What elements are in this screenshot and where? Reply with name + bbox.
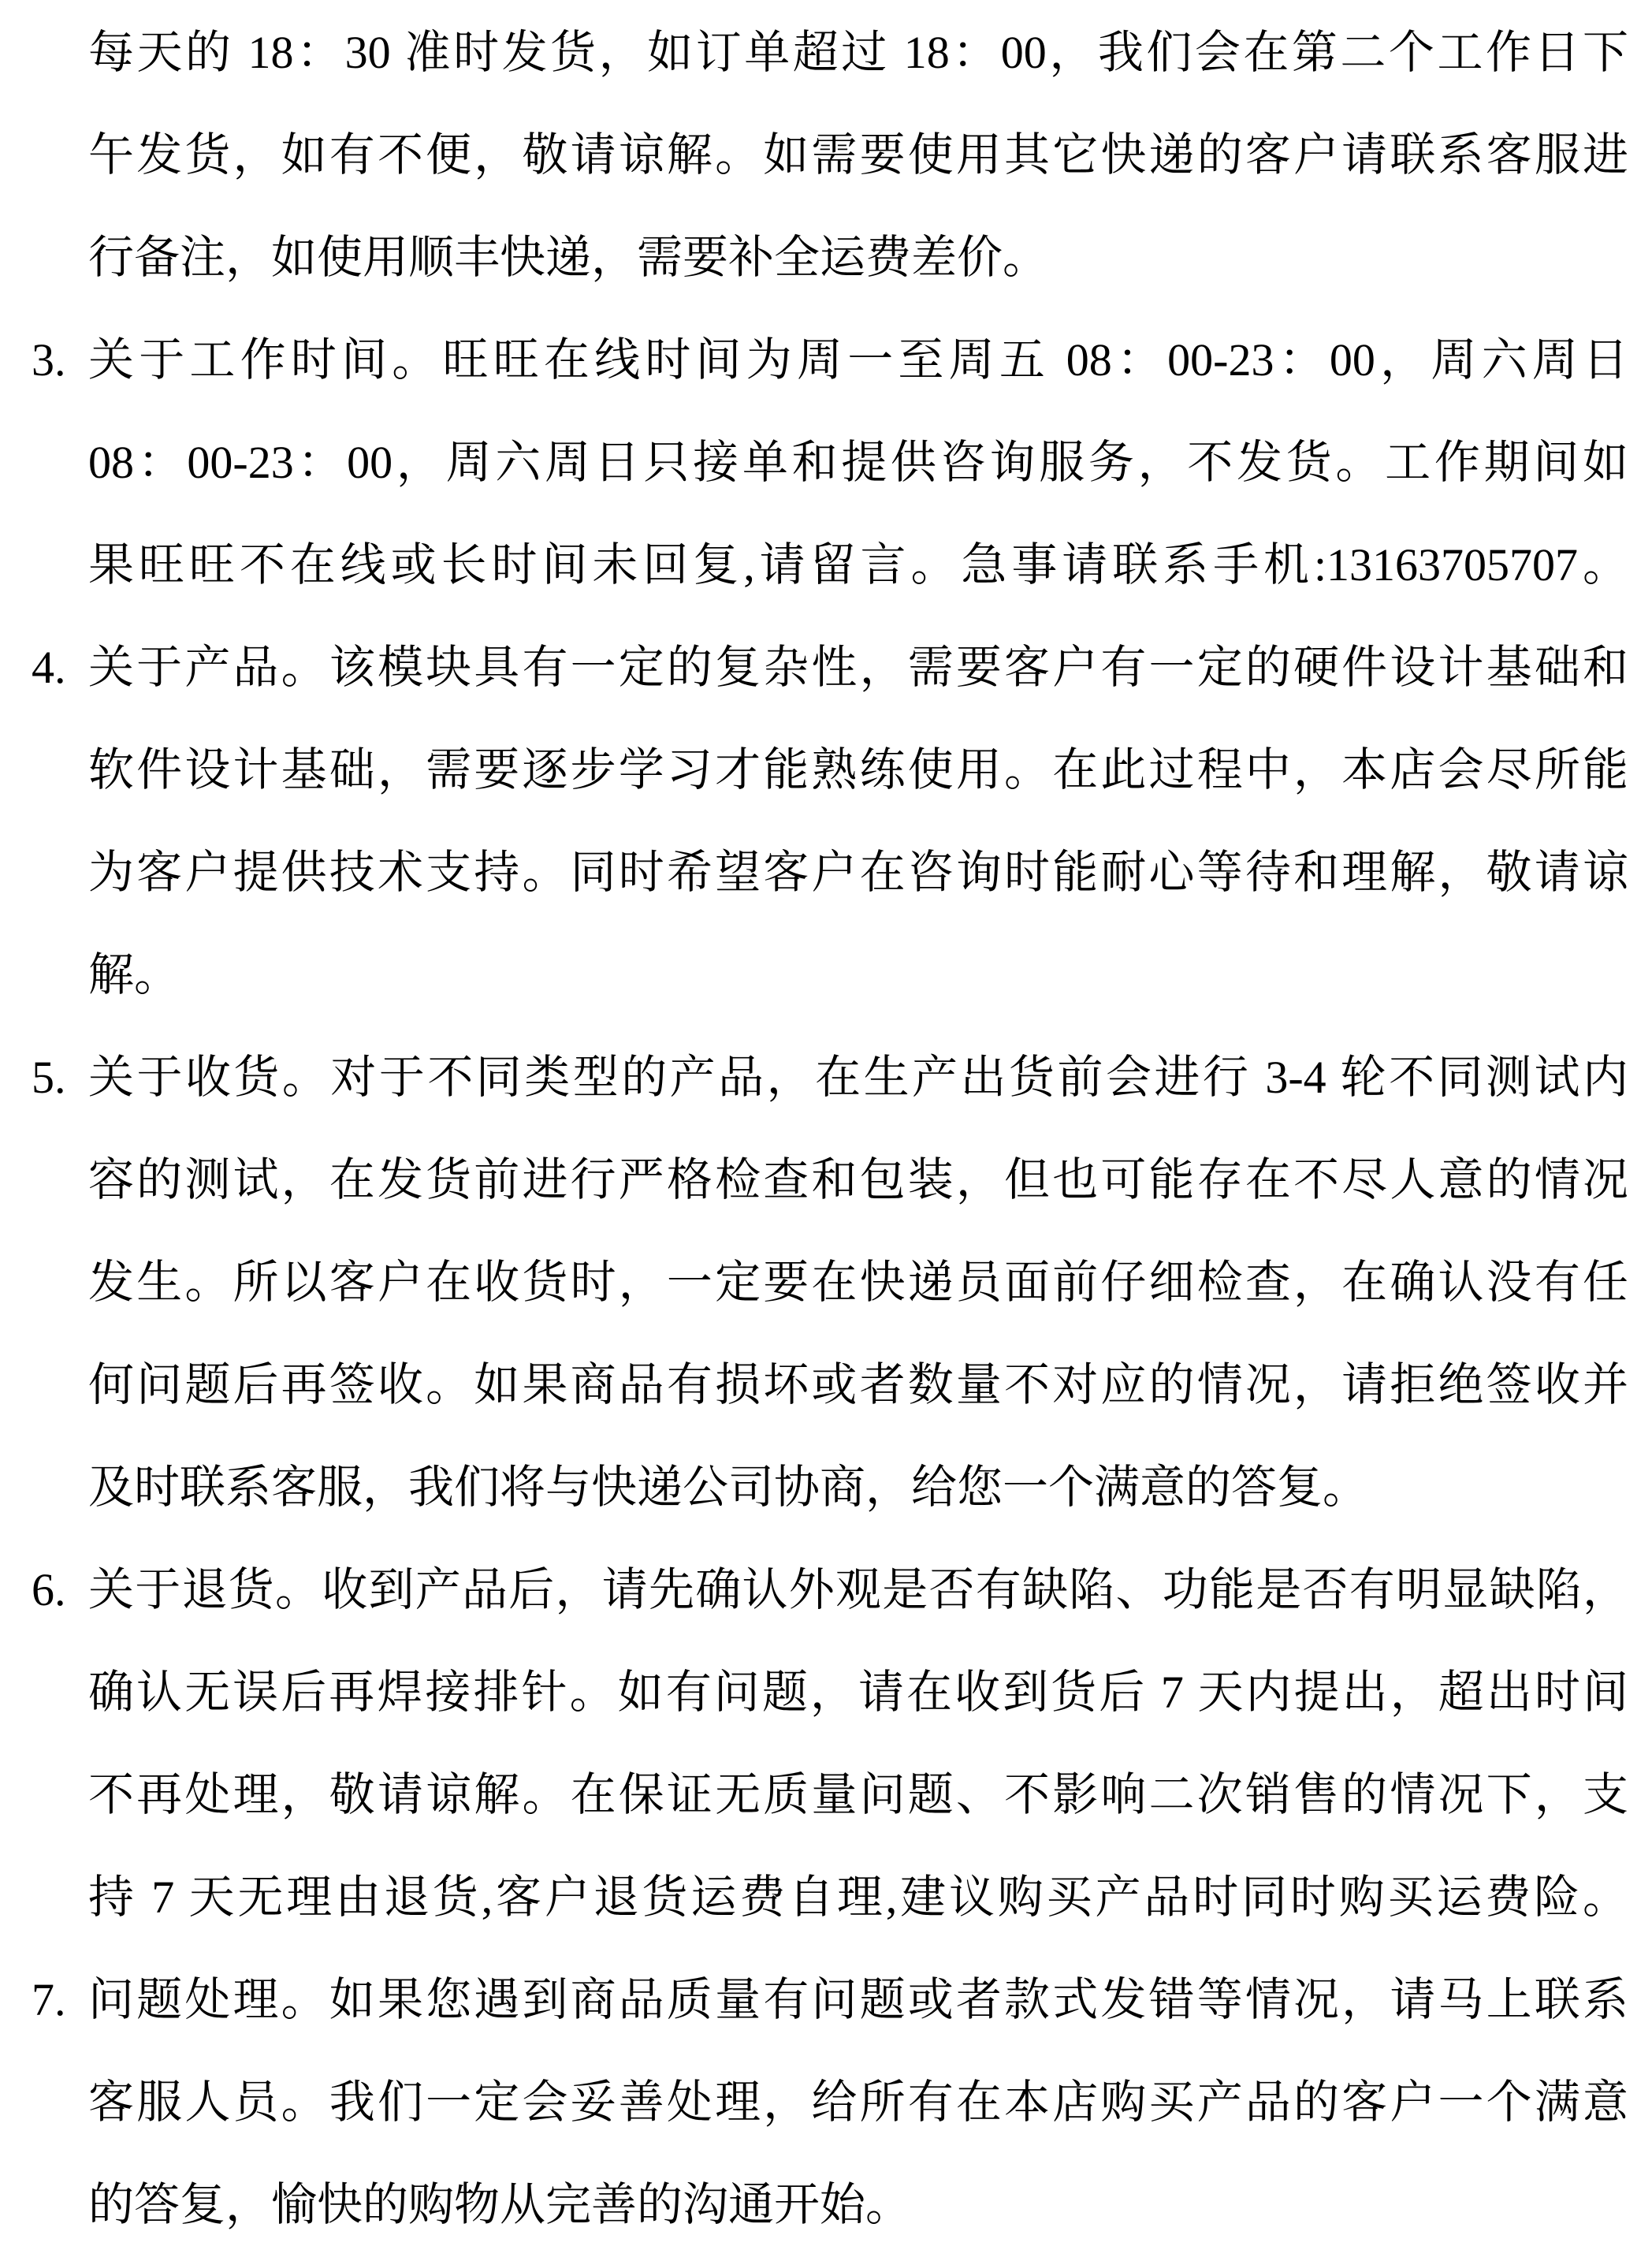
document-line: 发生。所以客户在收货时，一定要在快递员面前仔细检查，在确认没有任 bbox=[88, 1231, 1628, 1334]
line-text: 客服人员。我们一定会妥善处理，给所有在本店购买产品的客户一个满意 bbox=[88, 2077, 1628, 2128]
line-text: 软件设计基础，需要逐步学习才能熟练使用。在此过程中，本店会尽所能 bbox=[88, 744, 1628, 795]
document-line: 午发货，如有不便，敬请谅解。如需要使用其它快递的客户请联系客服进 bbox=[88, 104, 1628, 207]
document-line: 果旺旺不在线或长时间未回复,请留言。急事请联系手机:13163705707。 bbox=[88, 514, 1628, 616]
document-line: 容的测试，在发货前进行严格检查和包装，但也可能存在不尽人意的情况 bbox=[88, 1129, 1628, 1231]
document-line: 持 7 天无理由退货,客户退货运费自理,建议购买产品时同时购买运费险。 bbox=[88, 1846, 1628, 1949]
line-text: 何问题后再签收。如果商品有损坏或者数量不对应的情况，请拒绝签收并 bbox=[88, 1359, 1628, 1410]
document-page: 每天的 18：30 准时发货，如订单超过 18：00，我们会在第二个工作日下 午… bbox=[0, 0, 1652, 2261]
line-text: 持 7 天无理由退货,客户退货运费自理,建议购买产品时同时购买运费险。 bbox=[88, 1872, 1628, 1923]
document-line: 客服人员。我们一定会妥善处理，给所有在本店购买产品的客户一个满意 bbox=[88, 2051, 1628, 2154]
line-text: 解。 bbox=[88, 949, 180, 1000]
line-text: 每天的 18：30 准时发货，如订单超过 18：00，我们会在第二个工作日下 bbox=[88, 27, 1628, 78]
document-line: 5.关于收货。对于不同类型的产品，在生产出货前会进行 3-4 轮不同测试内 bbox=[88, 1026, 1628, 1129]
document-line: 6.关于退货。收到产品后，请先确认外观是否有缺陷、功能是否有明显缺陷， bbox=[88, 1539, 1628, 1641]
line-text: 关于退货。收到产品后，请先确认外观是否有缺陷、功能是否有明显缺陷， bbox=[88, 1564, 1628, 1615]
line-text: 容的测试，在发货前进行严格检查和包装，但也可能存在不尽人意的情况 bbox=[88, 1154, 1628, 1205]
line-text: 关于收货。对于不同类型的产品，在生产出货前会进行 3-4 轮不同测试内 bbox=[88, 1052, 1628, 1103]
list-item-number: 7. bbox=[32, 1949, 88, 2051]
line-text: 果旺旺不在线或长时间未回复,请留言。急事请联系手机:13163705707。 bbox=[88, 539, 1628, 590]
document-line: 不再处理，敬请谅解。在保证无质量问题、不影响二次销售的情况下，支 bbox=[88, 1744, 1628, 1846]
document-line: 确认无误后再焊接排针。如有问题，请在收到货后 7 天内提出，超出时间 bbox=[88, 1641, 1628, 1744]
document-line: 行备注，如使用顺丰快递，需要补全运费差价。 bbox=[88, 207, 1628, 309]
policy-text-block: 每天的 18：30 准时发货，如订单超过 18：00，我们会在第二个工作日下 午… bbox=[32, 2, 1628, 2256]
list-item-number: 3. bbox=[32, 309, 88, 412]
line-text: 的答复，愉快的购物从完善的沟通开始。 bbox=[88, 2179, 911, 2230]
line-text: 关于工作时间。旺旺在线时间为周一至周五 08：00-23：00，周六周日 bbox=[88, 334, 1628, 386]
list-item-number: 4. bbox=[32, 616, 88, 719]
line-text: 确认无误后再焊接排针。如有问题，请在收到货后 7 天内提出，超出时间 bbox=[88, 1667, 1628, 1718]
document-line: 的答复，愉快的购物从完善的沟通开始。 bbox=[88, 2154, 1628, 2256]
line-text: 行备注，如使用顺丰快递，需要补全运费差价。 bbox=[88, 232, 1048, 283]
document-line: 解。 bbox=[88, 924, 1628, 1026]
document-line: 08：00-23：00，周六周日只接单和提供咨询服务，不发货。工作期间如 bbox=[88, 412, 1628, 514]
list-item-number: 5. bbox=[32, 1026, 88, 1129]
line-text: 发生。所以客户在收货时，一定要在快递员面前仔细检查，在确认没有任 bbox=[88, 1257, 1628, 1308]
line-text: 为客户提供技术支持。同时希望客户在咨询时能耐心等待和理解，敬请谅 bbox=[88, 847, 1628, 898]
document-line: 4.关于产品。该模块具有一定的复杂性，需要客户有一定的硬件设计基础和 bbox=[88, 616, 1628, 719]
document-line: 软件设计基础，需要逐步学习才能熟练使用。在此过程中，本店会尽所能 bbox=[88, 719, 1628, 821]
document-line: 及时联系客服，我们将与快递公司协商，给您一个满意的答复。 bbox=[88, 1436, 1628, 1539]
line-text: 午发货，如有不便，敬请谅解。如需要使用其它快递的客户请联系客服进 bbox=[88, 129, 1628, 181]
document-line: 3.关于工作时间。旺旺在线时间为周一至周五 08：00-23：00，周六周日 bbox=[88, 309, 1628, 412]
document-line: 为客户提供技术支持。同时希望客户在咨询时能耐心等待和理解，敬请谅 bbox=[88, 821, 1628, 924]
list-item-number: 6. bbox=[32, 1539, 88, 1641]
line-text: 及时联系客服，我们将与快递公司协商，给您一个满意的答复。 bbox=[88, 1462, 1368, 1513]
line-text: 问题处理。如果您遇到商品质量有问题或者款式发错等情况，请马上联系 bbox=[88, 1974, 1628, 2025]
line-text: 关于产品。该模块具有一定的复杂性，需要客户有一定的硬件设计基础和 bbox=[88, 642, 1628, 693]
document-line: 每天的 18：30 准时发货，如订单超过 18：00，我们会在第二个工作日下 bbox=[88, 2, 1628, 104]
document-line: 7.问题处理。如果您遇到商品质量有问题或者款式发错等情况，请马上联系 bbox=[88, 1949, 1628, 2051]
line-text: 不再处理，敬请谅解。在保证无质量问题、不影响二次销售的情况下，支 bbox=[88, 1769, 1628, 1820]
document-line: 何问题后再签收。如果商品有损坏或者数量不对应的情况，请拒绝签收并 bbox=[88, 1334, 1628, 1436]
line-text: 08：00-23：00，周六周日只接单和提供咨询服务，不发货。工作期间如 bbox=[88, 437, 1628, 488]
